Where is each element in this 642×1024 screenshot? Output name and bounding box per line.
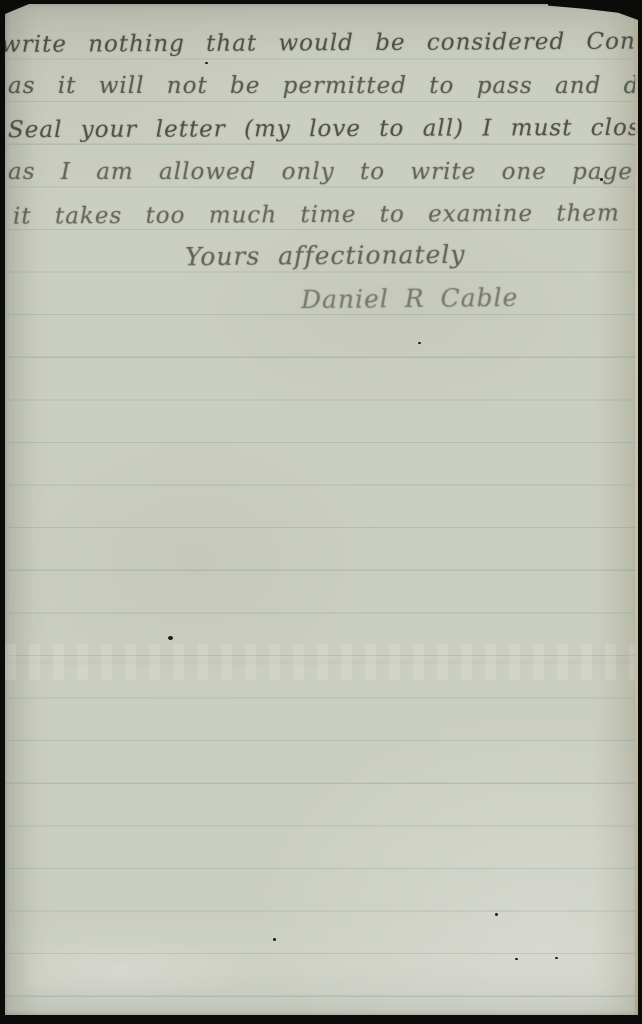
dust-speck: [600, 178, 603, 181]
scan-corner-shadow: [5, 4, 29, 14]
letter-page: write nothing that would be considered C…: [5, 4, 638, 1015]
fold-crease: [5, 644, 638, 680]
handwriting-line: it takes too much time to examine them: [13, 196, 620, 233]
dust-speck: [273, 938, 276, 941]
dust-speck: [418, 342, 421, 344]
scan-corner-shadow: [548, 4, 638, 20]
handwriting-line: Seal your letter (my love to all) I must…: [8, 111, 638, 147]
letter-closing: Yours affectionately: [185, 238, 466, 274]
dust-speck: [555, 957, 558, 959]
dust-speck: [168, 636, 173, 640]
page-edge: [635, 4, 638, 1015]
scan-background: write nothing that would be considered C…: [0, 0, 642, 1024]
dust-speck: [515, 958, 518, 960]
dust-speck: [495, 913, 498, 916]
handwriting-line: as it will not be permitted to pass and …: [8, 69, 638, 103]
paper-wrinkle: [25, 934, 265, 1004]
letter-signature: Daniel R Cable: [301, 281, 519, 317]
dust-speck: [205, 62, 208, 64]
handwriting-line: write nothing that would be considered C…: [5, 24, 638, 62]
handwriting-line: as I am allowed only to write one page a: [8, 155, 638, 189]
